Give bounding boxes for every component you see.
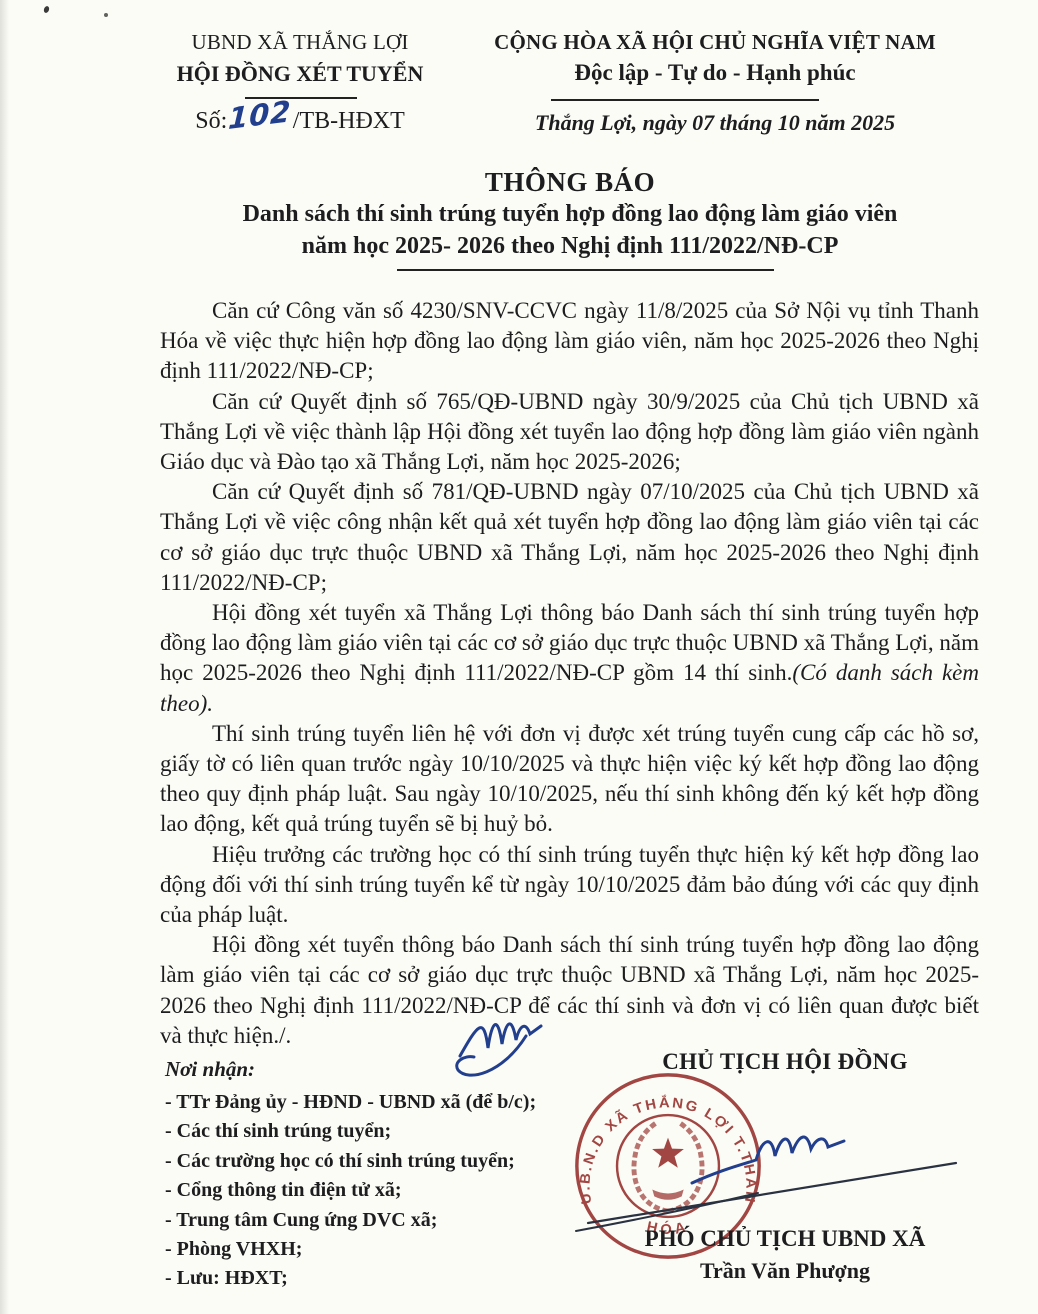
scan-speck bbox=[43, 5, 50, 13]
paragraph-text: Hội đồng xét tuyển thông báo Danh sách t… bbox=[160, 932, 979, 1048]
paragraph: Hội đồng xét tuyển xã Thắng Lợi thông bá… bbox=[160, 598, 979, 719]
title-underline bbox=[397, 269, 774, 271]
issuing-authority-parent: UBND XÃ THẮNG LỢI bbox=[150, 30, 450, 55]
recipient-item: - Lưu: HĐXT; bbox=[165, 1264, 585, 1293]
paragraph-text: Hiệu trưởng các trường học có thí sinh t… bbox=[160, 842, 979, 927]
recipient-item: - Các thí sinh trúng tuyển; bbox=[165, 1117, 585, 1146]
paragraph-text: Căn cứ Công văn số 4230/SNV-CCVC ngày 11… bbox=[160, 298, 979, 383]
document-subject-line1: Danh sách thí sinh trúng tuyển hợp đồng … bbox=[160, 201, 980, 228]
signer-position: PHÓ CHỦ TỊCH UBND XÃ bbox=[595, 1226, 975, 1252]
paragraph: Căn cứ Quyết định số 781/QĐ-UBND ngày 07… bbox=[160, 477, 979, 598]
document-subject-line2: năm học 2025- 2026 theo Nghị định 111/20… bbox=[160, 233, 980, 260]
paragraph-text: Căn cứ Quyết định số 781/QĐ-UBND ngày 07… bbox=[160, 479, 979, 595]
document-number-line: Số:102/TB-HĐXT bbox=[150, 101, 450, 135]
recipient-item: - Trung tâm Cung ứng DVC xã; bbox=[165, 1206, 585, 1235]
issuing-authority: HỘI ĐỒNG XÉT TUYỂN bbox=[150, 61, 450, 87]
handwritten-initial bbox=[438, 998, 558, 1083]
paragraph: Hội đồng xét tuyển thông báo Danh sách t… bbox=[160, 930, 979, 1051]
signer-name: Trần Văn Phượng bbox=[595, 1258, 975, 1284]
paragraph: Thí sinh trúng tuyển liên hệ với đơn vị … bbox=[160, 719, 979, 840]
recipient-item: - Cổng thông tin điện tử xã; bbox=[165, 1176, 585, 1205]
paragraph-text: Thí sinh trúng tuyển liên hệ với đơn vị … bbox=[160, 721, 979, 837]
handwritten-document-number: 102 bbox=[227, 94, 294, 136]
document-page: UBND XÃ THẮNG LỢI HỘI ĐỒNG XÉT TUYỂN Số:… bbox=[0, 0, 1038, 1314]
recipient-item: - TTr Đảng ủy - HĐND - UBND xã (để b/c); bbox=[165, 1088, 585, 1117]
header-right-underline bbox=[551, 99, 819, 101]
paragraph-text: Căn cứ Quyết định số 765/QĐ-UBND ngày 30… bbox=[160, 389, 979, 474]
recipient-item: - Phòng VHXH; bbox=[165, 1235, 585, 1264]
place-and-date: Thắng Lợi, ngày 07 tháng 10 năm 2025 bbox=[478, 110, 952, 136]
recipient-item: - Các trường học có thí sinh trúng tuyển… bbox=[165, 1147, 585, 1176]
paragraph: Hiệu trưởng các trường học có thí sinh t… bbox=[160, 840, 979, 931]
document-body: Căn cứ Công văn số 4230/SNV-CCVC ngày 11… bbox=[160, 296, 979, 1051]
document-number-suffix: /TB-HĐXT bbox=[293, 108, 405, 134]
recipients-heading: Nơi nhận: bbox=[165, 1057, 255, 1082]
document-number-label: Số: bbox=[195, 108, 227, 134]
document-type-title: THÔNG BÁO bbox=[160, 167, 980, 198]
paragraph: Căn cứ Quyết định số 765/QĐ-UBND ngày 30… bbox=[160, 387, 979, 478]
scan-edge-artifact bbox=[0, 0, 9, 1314]
national-motto: Độc lập - Tự do - Hạnh phúc bbox=[478, 60, 952, 86]
paragraph: Căn cứ Công văn số 4230/SNV-CCVC ngày 11… bbox=[160, 296, 979, 387]
national-title: CỘNG HÒA XÃ HỘI CHỦ NGHĨA VIỆT NAM bbox=[478, 30, 952, 55]
recipients-list: - TTr Đảng ủy - HĐND - UBND xã (để b/c);… bbox=[165, 1088, 585, 1294]
scan-speck bbox=[104, 13, 108, 17]
